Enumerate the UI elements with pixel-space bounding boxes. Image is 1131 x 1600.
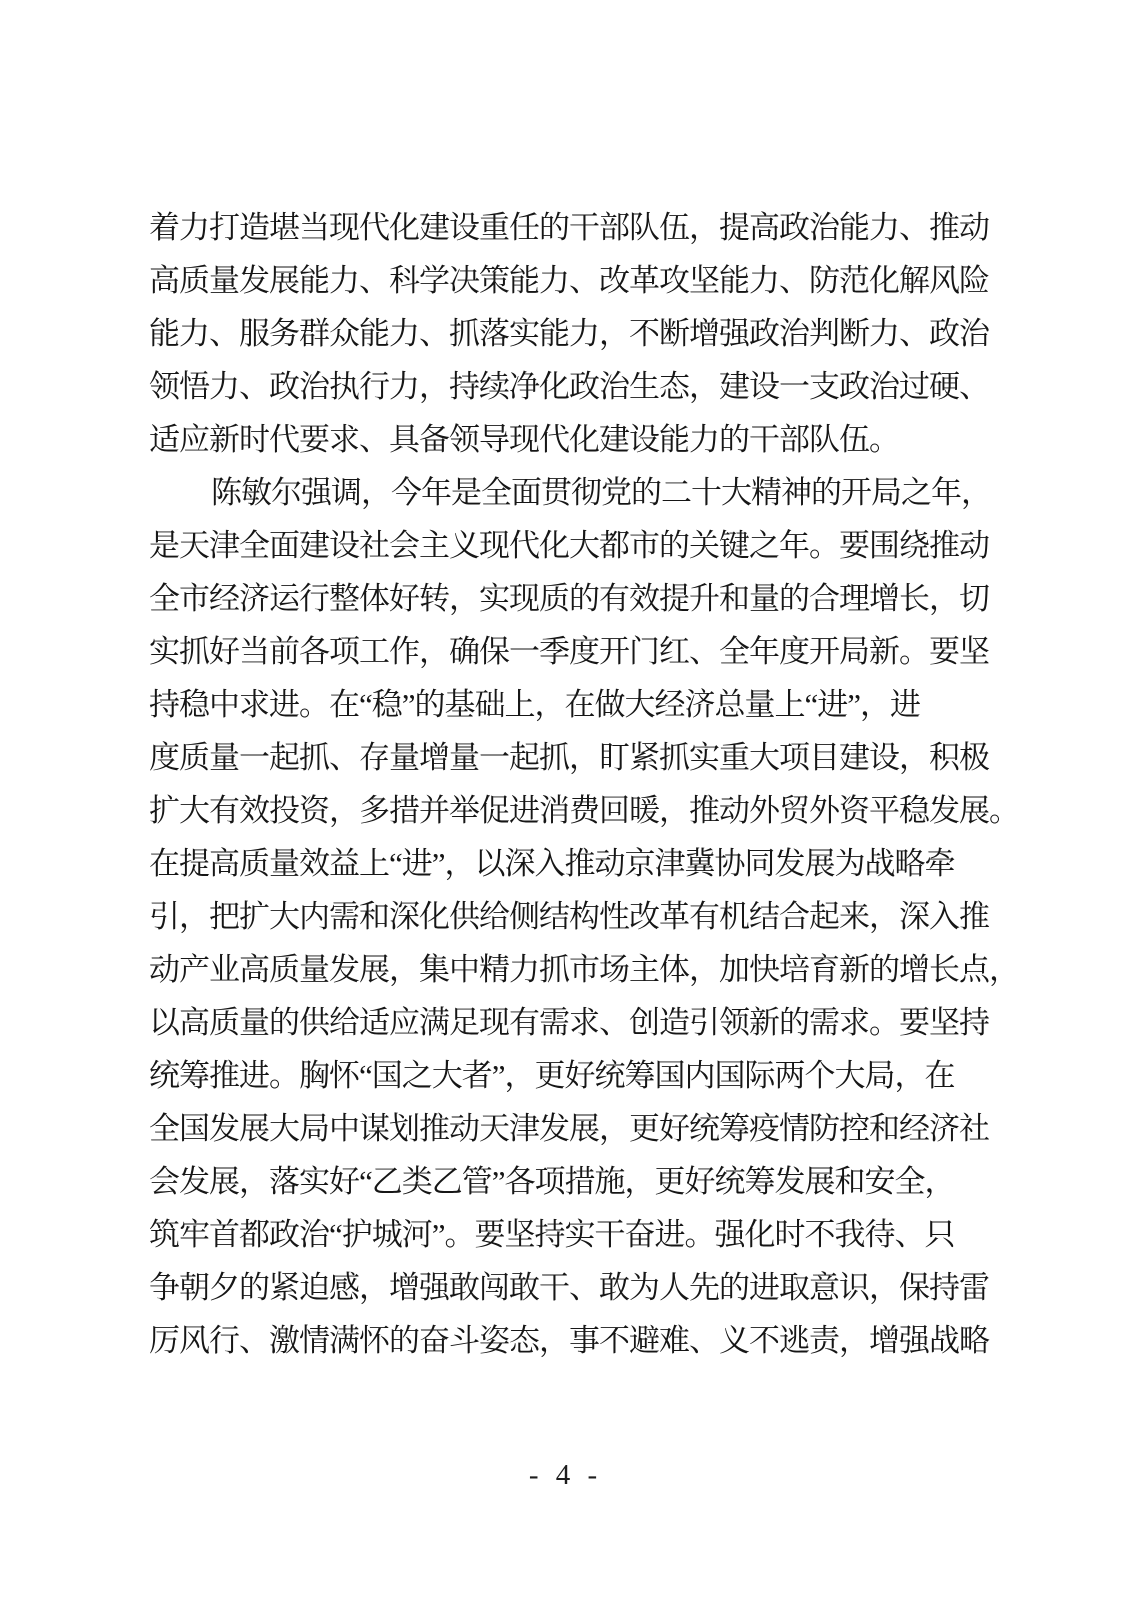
text-line: 陈敏尔强调，今年是全面贯彻党的二十大精神的开局之年， [149,466,993,519]
text-line: 适应新时代要求、具备领导现代化建设能力的干部队伍。 [149,413,993,466]
text-line: 全市经济运行整体好转，实现质的有效提升和量的合理增长，切 [149,572,993,625]
text-line: 动产业高质量发展，集中精力抓市场主体，加快培育新的增长点， [149,943,993,996]
text-line: 以高质量的供给适应满足现有需求、创造引领新的需求。要坚持 [149,996,993,1049]
text-line: 是天津全面建设社会主义现代化大都市的关键之年。要围绕推动 [149,519,993,572]
text-line: 筑牢首都政治“护城河”。要坚持实干奋进。强化时不我待、只 [149,1208,993,1261]
text-line: 持稳中求进。在“稳”的基础上，在做大经济总量上“进”，进 [149,678,993,731]
text-line: 厉风行、激情满怀的奋斗姿态，事不避难、义不逃责，增强战略 [149,1314,993,1367]
text-line: 领悟力、政治执行力，持续净化政治生态，建设一支政治过硬、 [149,360,993,413]
paragraph: 着力打造堪当现代化建设重任的干部队伍，提高政治能力、推动高质量发展能力、科学决策… [149,201,993,466]
text-line: 争朝夕的紧迫感，增强敢闯敢干、敢为人先的进取意识，保持雷 [149,1261,993,1314]
text-line: 引，把扩大内需和深化供给侧结构性改革有机结合起来，深入推 [149,890,993,943]
text-line: 度质量一起抓、存量增量一起抓，盯紧抓实重大项目建设，积极 [149,731,993,784]
text-line: 着力打造堪当现代化建设重任的干部队伍，提高政治能力、推动 [149,201,993,254]
text-line: 会发展，落实好“乙类乙管”各项措施，更好统筹发展和安全， [149,1155,993,1208]
text-line: 高质量发展能力、科学决策能力、改革攻坚能力、防范化解风险 [149,254,993,307]
document-body: 着力打造堪当现代化建设重任的干部队伍，提高政治能力、推动高质量发展能力、科学决策… [149,201,993,1367]
text-line: 在提高质量效益上“进”，以深入推动京津冀协同发展为战略牵 [149,837,993,890]
text-line: 统筹推进。胸怀“国之大者”，更好统筹国内国际两个大局，在 [149,1049,993,1102]
text-line: 能力、服务群众能力、抓落实能力，不断增强政治判断力、政治 [149,307,993,360]
text-line: 扩大有效投资，多措并举促进消费回暖，推动外贸外资平稳发展。 [149,784,993,837]
text-line: 全国发展大局中谋划推动天津发展，更好统筹疫情防控和经济社 [149,1102,993,1155]
paragraph: 陈敏尔强调，今年是全面贯彻党的二十大精神的开局之年，是天津全面建设社会主义现代化… [149,466,993,1367]
page-number: - 4 - [0,1459,1131,1492]
text-line: 实抓好当前各项工作，确保一季度开门红、全年度开局新。要坚 [149,625,993,678]
